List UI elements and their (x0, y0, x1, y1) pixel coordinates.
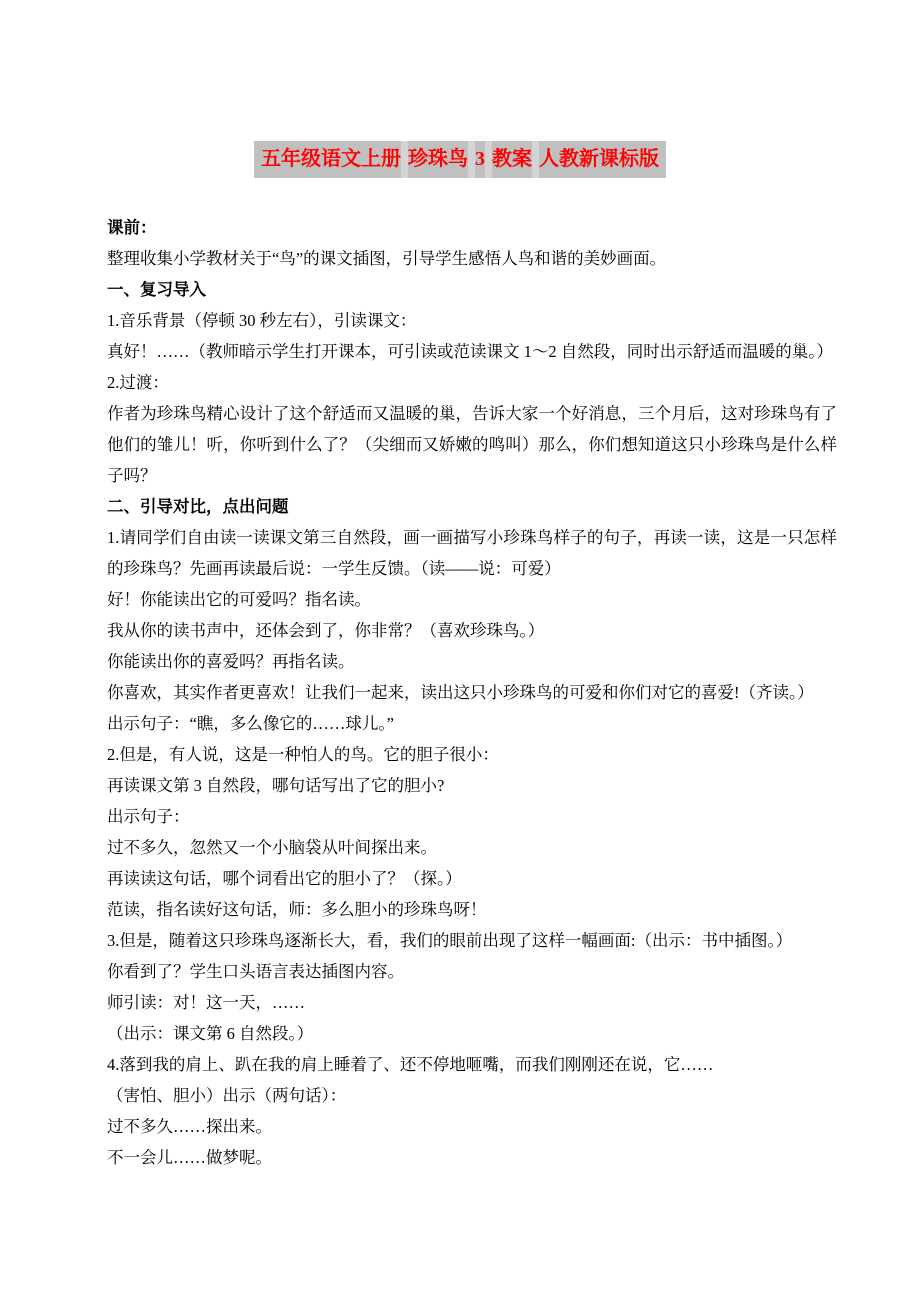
paragraph: 1.音乐背景（停顿 30 秒左右），引读课文： (107, 305, 837, 336)
title-space (485, 141, 492, 178)
title-row: 五年级语文上册珍珠鸟3教案人教新课标版 (0, 0, 920, 178)
paragraph: 范读，指名读好这句话，师：多么胆小的珍珠鸟呀！ (107, 894, 837, 925)
section-heading: 课前： (107, 212, 837, 243)
paragraph: 不一会儿……做梦呢。 (107, 1142, 837, 1173)
paragraph: 你看到了？学生口头语言表达插图内容。 (107, 956, 837, 987)
paragraph: 你能读出你的喜爱吗？再指名读。 (107, 646, 837, 677)
document-body: 课前：整理收集小学教材关于“鸟”的课文插图，引导学生感悟人鸟和谐的美妙画面。一、… (107, 212, 837, 1173)
paragraph: 好！你能读出它的可爱吗？指名读。 (107, 584, 837, 615)
title-segment: 珍珠鸟 (408, 141, 468, 178)
title-space (532, 141, 539, 178)
title-space (401, 141, 408, 178)
paragraph: 过不多久……探出来。 (107, 1111, 837, 1142)
paragraph: 1.请同学们自由读一读课文第三自然段，画一画描写小珍珠鸟样子的句子，再读一读，这… (107, 522, 837, 584)
paragraph: 真好！……（教师暗示学生打开课本，可引读或范读课文 1～2 自然段，同时出示舒适… (107, 336, 837, 367)
document-page: 五年级语文上册珍珠鸟3教案人教新课标版 课前：整理收集小学教材关于“鸟”的课文插… (0, 0, 920, 1302)
paragraph: 出示句子： (107, 801, 837, 832)
paragraph: （害怕、胆小）出示（两句话）： (107, 1080, 837, 1111)
paragraph: 3.但是，随着这只珍珠鸟逐渐长大，看，我们的眼前出现了这样一幅画面:（出示：书中… (107, 925, 837, 956)
title-segment: 3 (475, 141, 485, 178)
section-heading: 一、复习导入 (107, 274, 837, 305)
paragraph: 师引读：对！这一天，…… (107, 987, 837, 1018)
paragraph: 2.但是，有人说，这是一种怕人的鸟。它的胆子很小： (107, 739, 837, 770)
paragraph: 再读课文第 3 自然段，哪句话写出了它的胆小? (107, 770, 837, 801)
paragraph: 作者为珍珠鸟精心设计了这个舒适而又温暖的巢，告诉大家一个好消息，三个月后，这对珍… (107, 398, 837, 491)
title-segment: 人教新课标版 (539, 141, 659, 178)
title-segment: 五年级语文上册 (261, 141, 401, 178)
title-segment: 教案 (492, 141, 532, 178)
document-title: 五年级语文上册珍珠鸟3教案人教新课标版 (254, 141, 666, 178)
paragraph: 4.落到我的肩上、趴在我的肩上睡着了、还不停地咂嘴，而我们刚刚还在说，它…… (107, 1049, 837, 1080)
paragraph: 过不多久，忽然又一个小脑袋从叶间探出来。 (107, 832, 837, 863)
paragraph: 整理收集小学教材关于“鸟”的课文插图，引导学生感悟人鸟和谐的美妙画面。 (107, 243, 837, 274)
paragraph: （出示：课文第 6 自然段。） (107, 1018, 837, 1049)
section-heading: 二、引导对比，点出问题 (107, 491, 837, 522)
paragraph: 2.过渡： (107, 367, 837, 398)
paragraph: 我从你的读书声中，还体会到了，你非常？（喜欢珍珠鸟。） (107, 615, 837, 646)
paragraph: 再读读这句话，哪个词看出它的胆小了？（探。） (107, 863, 837, 894)
paragraph: 你喜欢，其实作者更喜欢！让我们一起来，读出这只小珍珠鸟的可爱和你们对它的喜爱!（… (107, 677, 837, 708)
title-space (468, 141, 475, 178)
paragraph: 出示句子：“瞧，多么像它的……球儿。” (107, 708, 837, 739)
